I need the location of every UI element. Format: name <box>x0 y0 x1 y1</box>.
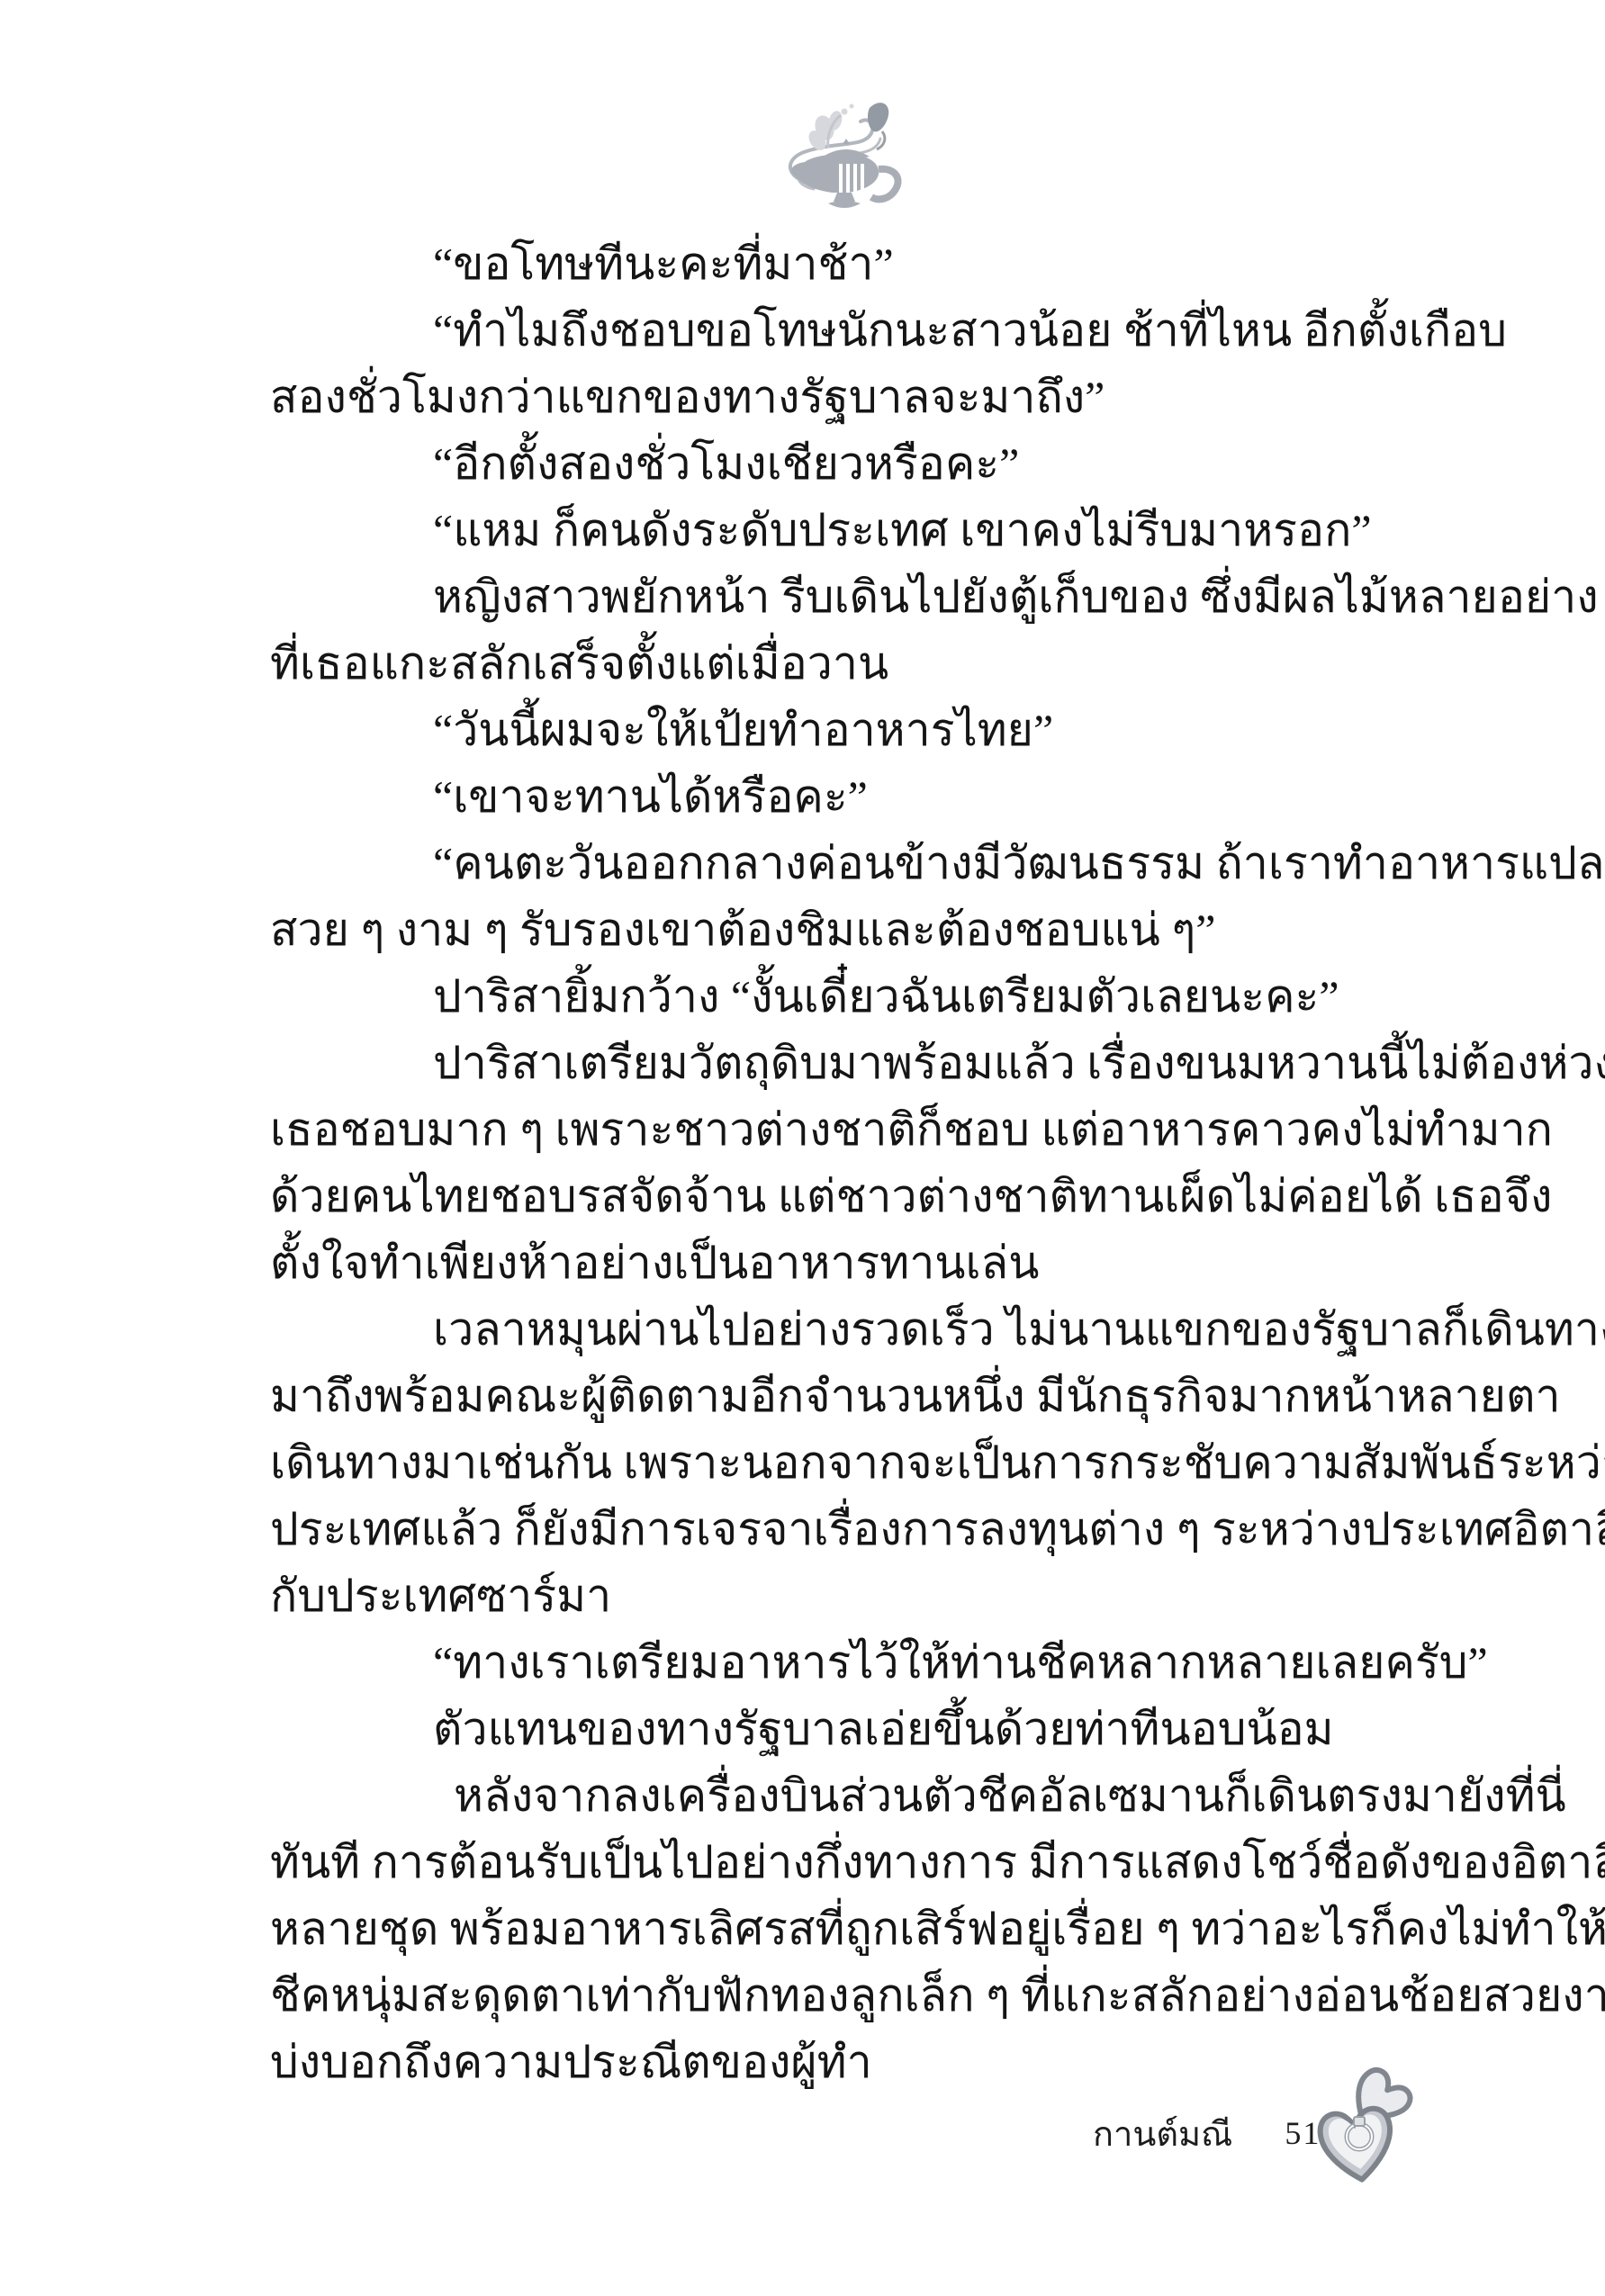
text-line: “แหม ก็คนดังระดับประเทศ เขาคงไม่รีบมาหรอ… <box>270 497 1440 563</box>
page-footer: กานต์มณี 51 <box>1093 2108 1321 2158</box>
text-line: มาถึงพร้อมคณะผู้ติดตามอีกจำนวนหนึ่ง มีนั… <box>270 1363 1440 1429</box>
text-line: สองชั่วโมงกว่าแขกของทางรัฐบาลจะมาถึง” <box>270 364 1440 430</box>
text-line: ที่เธอแกะสลักเสร็จตั้งแต่เมื่อวาน <box>270 630 1440 697</box>
text-line: “คนตะวันออกกลางค่อนข้างมีวัฒนธรรม ถ้าเรา… <box>270 830 1440 896</box>
text-line: “เขาจะทานได้หรือคะ” <box>270 763 1440 830</box>
text-line: กับประเทศซาร์มา <box>270 1562 1440 1629</box>
text-line: หลังจากลงเครื่องบินส่วนตัวชีคอัลเซมานก็เ… <box>270 1762 1440 1829</box>
text-line: ชีคหนุ่มสะดุดตาเท่ากับฟักทองลูกเล็ก ๆ ที… <box>270 1962 1440 2029</box>
text-line: บ่งบอกถึงความประณีตของผู้ทำ <box>270 2029 1440 2095</box>
text-line: “ทางเราเตรียมอาหารไว้ให้ท่านชีคหลากหลายเ… <box>270 1629 1440 1696</box>
text-line: ตั้งใจทำเพียงห้าอย่างเป็นอาหารทานเล่น <box>270 1229 1440 1296</box>
text-line: ประเทศแล้ว ก็ยังมีการเจรจาเรื่องการลงทุน… <box>270 1496 1440 1562</box>
text-line: เดินทางมาเช่นกัน เพราะนอกจากจะเป็นการกระ… <box>270 1429 1440 1496</box>
text-line: ด้วยคนไทยชอบรสจัดจ้าน แต่ชาวต่างชาติทานเ… <box>270 1163 1440 1229</box>
text-line: ปาริสายิ้มกว้าง “งั้นเดี๋ยวฉันเตรียมตัวเ… <box>270 963 1440 1030</box>
text-line: ทันที การต้อนรับเป็นไปอย่างกึ่งทางการ มี… <box>270 1829 1440 1895</box>
text-line: เธอชอบมาก ๆ เพราะชาวต่างชาติก็ชอบ แต่อาห… <box>270 1096 1440 1163</box>
text-line: เวลาหมุนผ่านไปอย่างรวดเร็ว ไม่นานแขกของร… <box>270 1296 1440 1363</box>
text-line: ปาริสาเตรียมวัตถุดิบมาพร้อมแล้ว เรื่องขน… <box>270 1030 1440 1096</box>
text-line: “ขอโทษทีนะคะที่มาช้า” <box>270 230 1440 297</box>
text-line: สวย ๆ งาม ๆ รับรองเขาต้องชิมและต้องชอบแน… <box>270 896 1440 963</box>
page-text: “ขอโทษทีนะคะที่มาช้า”“ทำไมถึงชอบขอโทษนัก… <box>270 230 1440 2095</box>
text-line: หลายชุด พร้อมอาหารเลิศรสที่ถูกเสิร์ฟอยู่… <box>270 1895 1440 1962</box>
heart-ring-box-icon <box>1311 2066 1415 2185</box>
book-page: “ขอโทษทีนะคะที่มาช้า”“ทำไมถึงชอบขอโทษนัก… <box>0 0 1605 2296</box>
footer-book-title: กานต์มณี <box>1093 2106 1232 2161</box>
text-line: “ทำไมถึงชอบขอโทษนักนะสาวน้อย ช้าที่ไหน อ… <box>270 297 1440 364</box>
text-line: “อีกตั้งสองชั่วโมงเชียวหรือคะ” <box>270 430 1440 497</box>
text-line: “วันนี้ผมจะให้เป้ยทำอาหารไทย” <box>270 697 1440 763</box>
text-line: หญิงสาวพยักหน้า รีบเดินไปยังตู้เก็บของ ซ… <box>270 563 1440 630</box>
genie-lamp-icon <box>781 94 907 227</box>
text-line: ตัวแทนของทางรัฐบาลเอ่ยขึ้นด้วยท่าทีนอบน้… <box>270 1696 1440 1762</box>
